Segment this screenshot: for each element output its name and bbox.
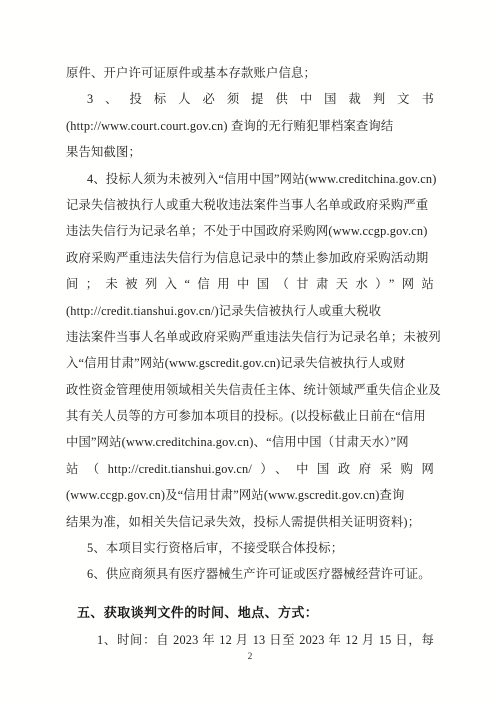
paragraph-item-6: 6、供应商须具有医疗器械生产许可证或医疗器械经营许可证。 xyxy=(66,561,434,587)
paragraph-line: 中国”网站(www.creditchina.gov.cn)、“信用中国（甘肃天水… xyxy=(66,429,434,455)
paragraph-line: 政性资金管理使用领域相关失信责任主体、统计领域严重失信企业及 xyxy=(66,377,434,403)
paragraph-line: 违法案件当事人名单或政府采购严重违法失信行为记录名单；未被列 xyxy=(66,324,434,350)
paragraph-item-5: 5、本项目实行资格后审，不接受联合体投标； xyxy=(66,535,434,561)
section-heading: 五、获取谈判文件的时间、地点、方式： xyxy=(66,600,434,626)
paragraph-item-4: 4、投标人须为未被列入“信用中国”网站(www.creditchina.gov.… xyxy=(66,166,434,192)
paragraph-line: 果告知截图； xyxy=(66,139,434,165)
document-page: 原件、开户许可证原件或基本存款账户信息； 3、投标人必须提供中国裁判文书 (ht… xyxy=(0,0,500,706)
paragraph-line: 入“信用甘肃”网站(www.gscredit.gov.cn)记录失信被执行人或财 xyxy=(66,350,434,376)
paragraph-line: 其有关人员等的方可参加本项目的投标。(以投标截止日前在“信用 xyxy=(66,403,434,429)
paragraph-line-url: 站（http://credit.tianshui.gov.cn/）、中国政府采购… xyxy=(66,456,434,482)
paragraph-line: 政府采购严重违法失信行为信息记录中的禁止参加政府采购活动期 xyxy=(66,245,434,271)
paragraph-line-continuation: 原件、开户许可证原件或基本存款账户信息； xyxy=(66,60,434,86)
paragraph-line: 结果为准，如相关失信记录失效，投标人需提供相关证明资料)； xyxy=(66,509,434,535)
paragraph-item-3: 3、投标人必须提供中国裁判文书 xyxy=(66,86,434,112)
page-number: 2 xyxy=(0,650,500,664)
page-body: 原件、开户许可证原件或基本存款账户信息； 3、投标人必须提供中国裁判文书 (ht… xyxy=(66,60,434,653)
paragraph-line-url: (www.ccgp.gov.cn)及“信用甘肃”网站(www.gscredit.… xyxy=(66,482,434,508)
paragraph-line: 违法失信行为记录名单；不处于中国政府采购网(www.ccgp.gov.cn) xyxy=(66,218,434,244)
paragraph-line-url: (http://www.court.court.gov.cn) 查询的无行贿犯罪… xyxy=(66,113,434,139)
paragraph-line: 记录失信被执行人或重大税收违法案件当事人名单或政府采购严重 xyxy=(66,192,434,218)
paragraph-line-url: (http://credit.tianshui.gov.cn/)记录失信被执行人… xyxy=(66,298,434,324)
paragraph-line: 间；未被列入“信用中国（甘肃天水）”网站 xyxy=(66,271,434,297)
